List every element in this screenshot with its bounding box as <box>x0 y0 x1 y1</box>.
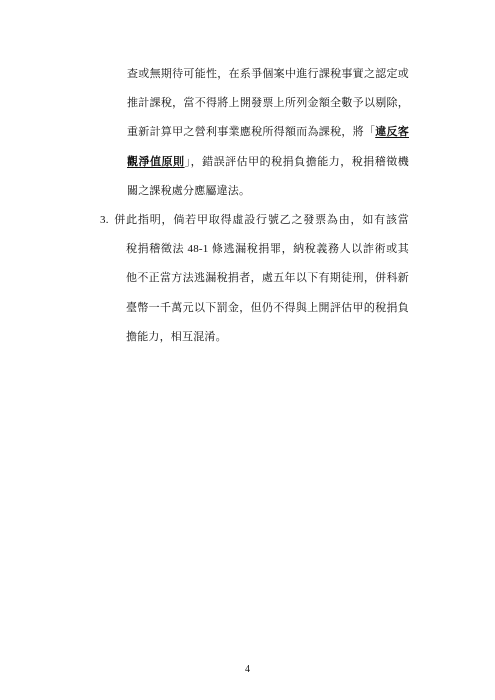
text-run: 推計課稅，當不得將上開發票上所列金額全數予以剔除， <box>127 97 409 109</box>
page-number: 4 <box>245 664 250 675</box>
text-run: 稅捐稽徵法 48-1 條逃漏稅捐罪，納稅義務人以詐術或其 <box>126 243 409 255</box>
text-run: 重新計算甲之營利事業應稅所得額而為課稅，將「 <box>127 126 375 138</box>
page-footer: 4 <box>0 663 495 677</box>
text-run: 他不正當方法逃漏稅捐者，處五年以下有期徒刑，併科新 <box>126 272 409 284</box>
text-line: 關之課稅處分應屬違法。 <box>127 177 409 206</box>
text-line: 擔能力，相互混淆。 <box>126 323 409 352</box>
text-line: 臺幣一千萬元以下罰金，但仍不得與上開評估甲的稅捐負 <box>126 294 409 323</box>
text-line: 重新計算甲之營利事業應稅所得額而為課稅，將「違反客 <box>127 118 409 147</box>
text-run: 擔能力，相互混淆。 <box>126 331 227 343</box>
paragraph-item2-continuation: 查或無期待可能性，在系爭個案中進行課稅事實之認定或 推計課稅，當不得將上開發票上… <box>127 60 409 206</box>
text-run: 併此指明，倘若甲取得虛設行號乙之發票為由，如有該當 <box>114 214 409 226</box>
paragraph-item3: 3.併此指明，倘若甲取得虛設行號乙之發票為由，如有該當 稅捐稽徵法 48-1 條… <box>100 206 409 352</box>
document-page: 查或無期待可能性，在系爭個案中進行課稅事實之認定或 推計課稅，當不得將上開發票上… <box>0 0 495 700</box>
text-line: 查或無期待可能性，在系爭個案中進行課稅事實之認定或 <box>127 60 409 89</box>
text-line: 推計課稅，當不得將上開發票上所列金額全數予以剔除， <box>127 89 409 118</box>
keyword-run-bold-underline: 違反客 <box>375 126 409 138</box>
text-line: 他不正當方法逃漏稅捐者，處五年以下有期徒刑，併科新 <box>126 264 409 293</box>
text-run: 臺幣一千萬元以下罰金，但仍不得與上開評估甲的稅捐負 <box>126 302 409 314</box>
text-line: 稅捐稽徵法 48-1 條逃漏稅捐罪，納稅義務人以詐術或其 <box>126 235 409 264</box>
text-run: 查或無期待可能性，在系爭個案中進行課稅事實之認定或 <box>127 68 409 80</box>
text-run: 關之課稅處分應屬違法。 <box>127 185 250 197</box>
text-line: 觀淨值原則」，錯誤評估甲的稅捐負擔能力，稅捐稽徵機 <box>127 148 409 177</box>
list-item-number: 3. <box>100 214 109 226</box>
keyword-run-bold-underline: 觀淨值原則 <box>127 156 185 168</box>
text-run: 」，錯誤評估甲的稅捐負擔能力，稅捐稽徵機 <box>185 156 409 168</box>
text-line: 3.併此指明，倘若甲取得虛設行號乙之發票為由，如有該當 <box>100 206 409 235</box>
